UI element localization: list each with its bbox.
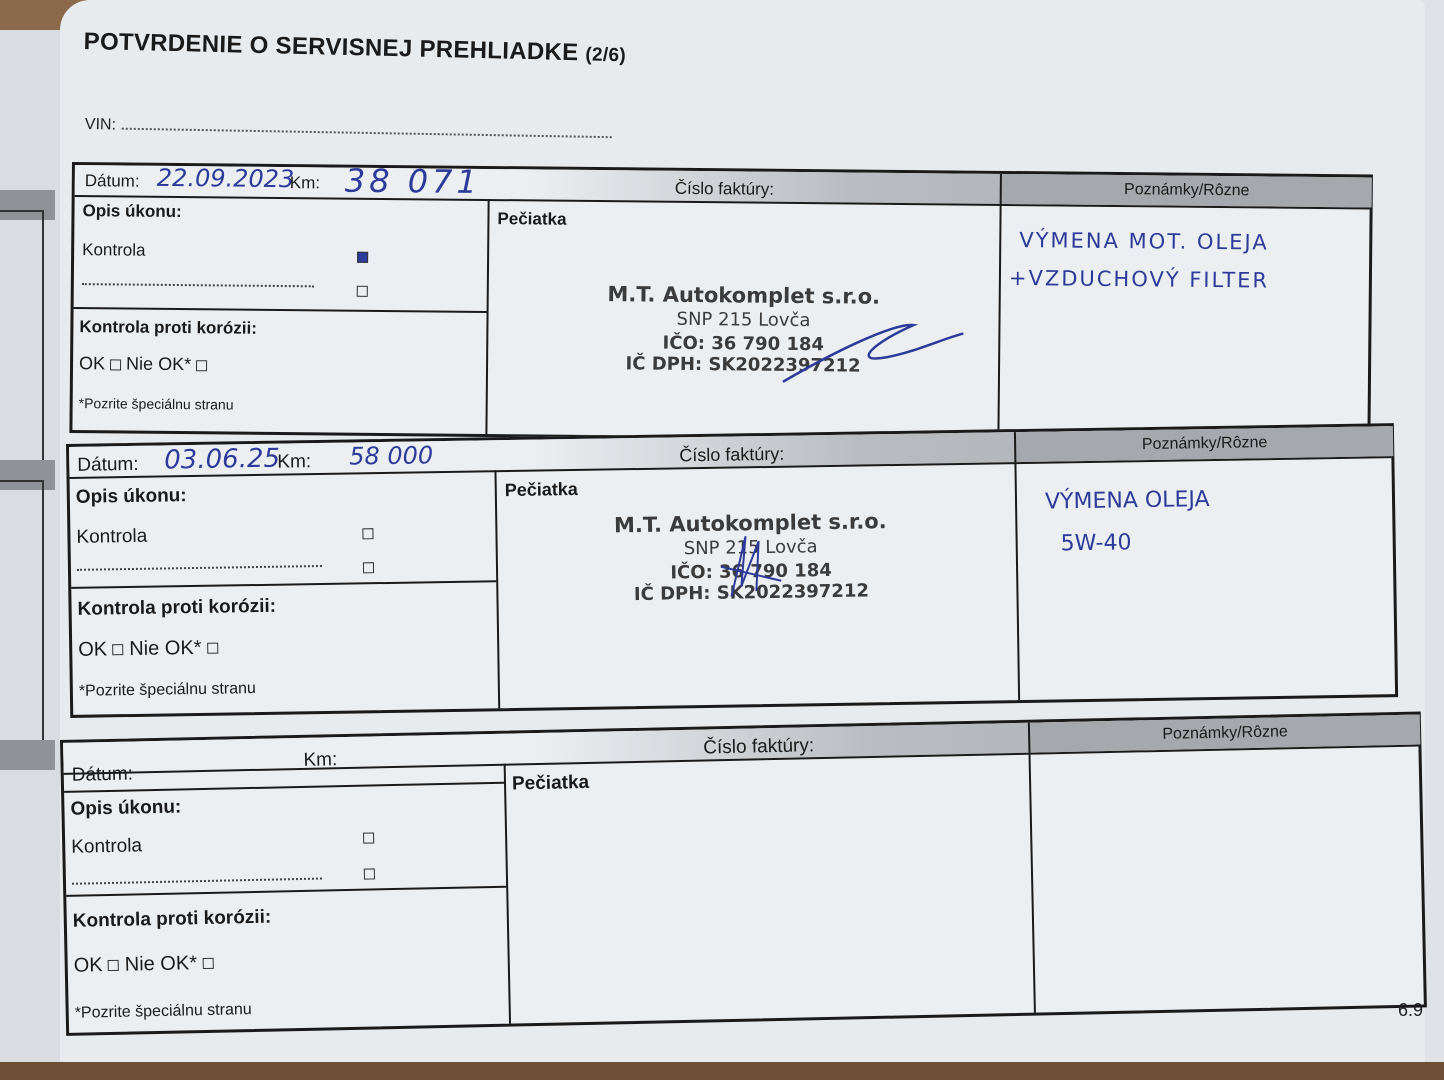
task-label: Opis úkonu: bbox=[76, 485, 187, 509]
date-label: Dátum: bbox=[72, 763, 134, 786]
footnote: *Pozrite špeciálnu stranu bbox=[79, 680, 256, 701]
ok-checkbox[interactable] bbox=[108, 960, 119, 971]
ok-label: OK bbox=[79, 353, 105, 373]
other-task-line[interactable] bbox=[77, 565, 322, 571]
adjacent-frame bbox=[0, 210, 44, 474]
divider bbox=[1014, 462, 1020, 700]
corrosion-options: OK Nie OK* bbox=[79, 353, 207, 375]
km-label: Km: bbox=[290, 173, 320, 193]
service-entry-1: Poznámky/Rôzne Dátum: 22.09.2023 Km: 38 … bbox=[69, 162, 1373, 445]
date-value[interactable]: 22.09.2023 bbox=[157, 164, 295, 193]
date-label: Dátum: bbox=[85, 171, 140, 192]
notes-line-2: +VZDUCHOVÝ FILTER bbox=[1009, 266, 1269, 292]
inspection-label: Kontrola bbox=[76, 526, 147, 549]
date-value[interactable]: 03.06.25 bbox=[164, 444, 280, 476]
corrosion-label: Kontrola proti korózii: bbox=[77, 596, 276, 621]
not-ok-label: Nie OK* bbox=[129, 637, 202, 660]
corrosion-label: Kontrola proti korózii: bbox=[79, 317, 257, 339]
title-suffix: (2/6) bbox=[585, 44, 626, 66]
ok-checkbox[interactable] bbox=[113, 644, 124, 655]
inspection-checkbox[interactable] bbox=[363, 832, 374, 843]
divider bbox=[66, 886, 506, 897]
corrosion-options: OK Nie OK* bbox=[78, 637, 218, 662]
invoice-label: Číslo faktúry: bbox=[703, 735, 814, 759]
signature-icon bbox=[773, 312, 974, 394]
invoice-label: Číslo faktúry: bbox=[679, 444, 784, 467]
other-task-checkbox[interactable] bbox=[363, 562, 374, 573]
km-value[interactable]: 38 071 bbox=[345, 162, 481, 201]
inspection-label: Kontrola bbox=[82, 240, 146, 261]
inspection-checkbox[interactable] bbox=[362, 528, 373, 539]
footnote: *Pozrite špeciálnu stranu bbox=[75, 1001, 252, 1023]
ok-label: OK bbox=[74, 954, 103, 977]
notes-header: Poznámky/Rôzne bbox=[1000, 174, 1372, 208]
divider bbox=[1028, 753, 1035, 1013]
ok-checkbox[interactable] bbox=[110, 359, 121, 370]
table-surface bbox=[0, 1062, 1444, 1080]
divider bbox=[71, 580, 496, 589]
service-entry-3: Poznámky/Rôzne Dátum: Km: Číslo faktúry:… bbox=[60, 711, 1427, 1035]
other-task-line[interactable] bbox=[72, 878, 322, 885]
inspection-checkbox[interactable] bbox=[357, 252, 368, 263]
signature-icon bbox=[710, 526, 791, 607]
corrosion-options: OK Nie OK* bbox=[74, 952, 214, 978]
page-number: 6.9 bbox=[1398, 1000, 1423, 1021]
service-entry-2: Poznámky/Rôzne Dátum: 03.06.25 Km: 58 00… bbox=[66, 423, 1398, 718]
not-ok-checkbox[interactable] bbox=[196, 360, 207, 371]
task-label: Opis úkonu: bbox=[82, 201, 181, 222]
vin-label: VIN: bbox=[85, 116, 116, 134]
stamp-company: M.T. Autokomplet s.r.o. bbox=[594, 282, 894, 309]
invoice-label: Číslo faktúry: bbox=[675, 179, 774, 200]
divider bbox=[997, 204, 1001, 439]
other-task-line[interactable] bbox=[82, 283, 314, 287]
divider bbox=[74, 307, 487, 313]
notes-line-1: VÝMENA MOT. OLEJA bbox=[1019, 228, 1269, 254]
stamp-label: Pečiatka bbox=[512, 772, 590, 796]
task-label: Opis úkonu: bbox=[70, 796, 181, 820]
divider bbox=[494, 470, 500, 708]
other-task-checkbox[interactable] bbox=[357, 286, 368, 297]
divider bbox=[485, 199, 489, 434]
adjacent-header-band bbox=[0, 740, 55, 770]
divider bbox=[504, 764, 511, 1024]
footnote: *Pozrite špeciálnu stranu bbox=[79, 395, 234, 412]
km-label: Km: bbox=[303, 749, 337, 772]
notes-line-1: VÝMENA OLEJA bbox=[1045, 487, 1210, 515]
not-ok-checkbox[interactable] bbox=[207, 643, 218, 654]
not-ok-label: Nie OK* bbox=[126, 354, 191, 375]
not-ok-checkbox[interactable] bbox=[202, 958, 213, 969]
ok-label: OK bbox=[78, 638, 107, 660]
km-value[interactable]: 58 000 bbox=[349, 441, 433, 470]
km-label: Km: bbox=[277, 451, 311, 474]
inspection-label: Kontrola bbox=[71, 835, 142, 858]
date-label: Dátum: bbox=[77, 454, 139, 477]
other-task-checkbox[interactable] bbox=[364, 868, 375, 879]
stamp-label: Pečiatka bbox=[497, 209, 566, 230]
adjacent-frame bbox=[0, 480, 44, 744]
corrosion-label: Kontrola proti korózii: bbox=[73, 907, 272, 933]
not-ok-label: Nie OK* bbox=[125, 952, 198, 976]
notes-line-2: 5W-40 bbox=[1060, 530, 1131, 556]
notes-header: Poznámky/Rôzne bbox=[1014, 426, 1393, 462]
stamp-label: Pečiatka bbox=[505, 479, 578, 501]
